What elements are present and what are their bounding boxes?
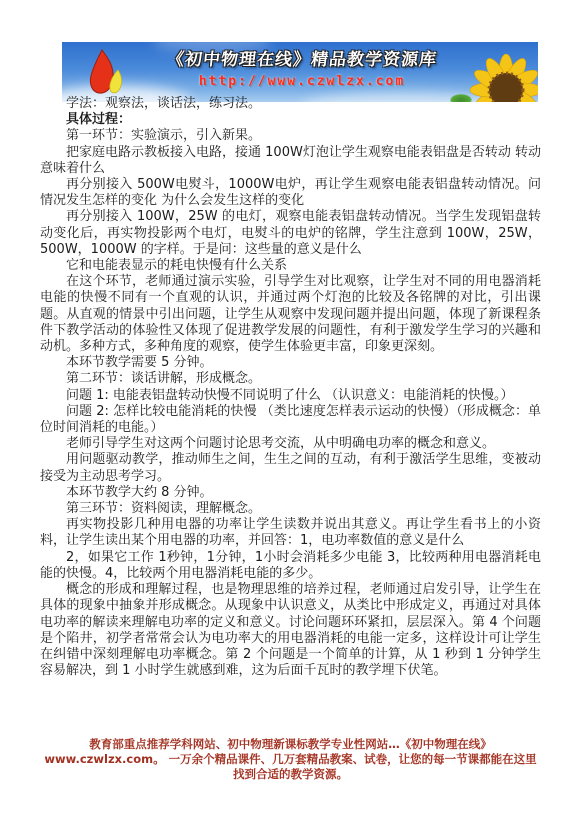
document-body: 学法：观察法，谈话法，练习法。 具体过程： 第一环节：实验演示，引入新果。 把家… [40,96,541,679]
paragraph: 再分别接入 100W，25W 的电灯，观察电能表铝盘转动情况。当学生发现铝盘转动… [40,209,541,258]
paragraph: 把家庭电路示教板接入电路，接通 100W灯泡让学生观察电能表铝盘是否转动 转动意… [40,145,541,177]
paragraph: 2，如果它工作 1秒钟，1分钟，1小时会消耗多少电能 3，比较两种用电器消耗电能… [40,550,541,582]
banner-title: 《初中物理在线》精品教学资源库 [151,50,453,70]
banner-url-link[interactable]: http://www.czwlzx.com [152,74,452,89]
paragraph: 再实物投影几种用电器的功率让学生读数并说出其意义。再让学生看书上的小资料，让学生… [40,517,541,549]
paragraph: 问题 1: 电能表铝盘转动快慢不同说明了什么 （认识意义：电能消耗的快慢。） [40,388,541,404]
paragraph: 在这个环节，老师通过演示实验，引导学生对比观察，让学生对不同的用电器消耗电能的快… [40,274,541,355]
paragraph: 本环节教学大约 8 分钟。 [40,485,541,501]
paragraph: 第三环节：资料阅读，理解概念。 [40,501,541,517]
flame-logo-icon [80,46,140,102]
footer-promo: 教育部重点推荐学科网站、初中物理新课标教学专业性网站…《初中物理在线》www.c… [40,737,541,782]
paragraph: 概念的形成和理解过程，也是物理思维的培养过程，老师通过启发引导，让学生在具体的现… [40,582,541,679]
sunflower-image [468,52,538,102]
paragraph: 问题 2: 怎样比较电能消耗的快慢 （类比速度怎样表示运动的快慢）（形成概念：单… [40,404,541,436]
paragraph: 本环节教学需要 5 分钟。 [40,355,541,371]
site-banner: 《初中物理在线》精品教学资源库 http://www.czwlzx.com [62,42,538,102]
paragraph: 老师引导学生对这两个问题讨论思考交流，从中明确电功率的概念和意义。 [40,436,541,452]
paragraph: 第二环节：谈话讲解，形成概念。 [40,371,541,387]
document-page: 《初中物理在线》精品教学资源库 http://www.czwlzx.com [0,0,580,819]
paragraph: 再分别接入 500W电熨斗，1000W电炉，再让学生观察电能表铝盘转动情况。问情… [40,177,541,209]
paragraph: 它和电能表显示的耗电快慢有什么关系 [40,258,541,274]
paragraph-heading: 具体过程： [40,112,541,128]
paragraph: 用问题驱动教学，推动师生之间，生生之间的互动，有利于激活学生思维，变被动接受为主… [40,452,541,484]
paragraph: 第一环节：实验演示，引入新果。 [40,128,541,144]
paragraph: 学法：观察法，谈话法，练习法。 [40,96,541,112]
banner-text-block: 《初中物理在线》精品教学资源库 http://www.czwlzx.com [152,50,452,89]
